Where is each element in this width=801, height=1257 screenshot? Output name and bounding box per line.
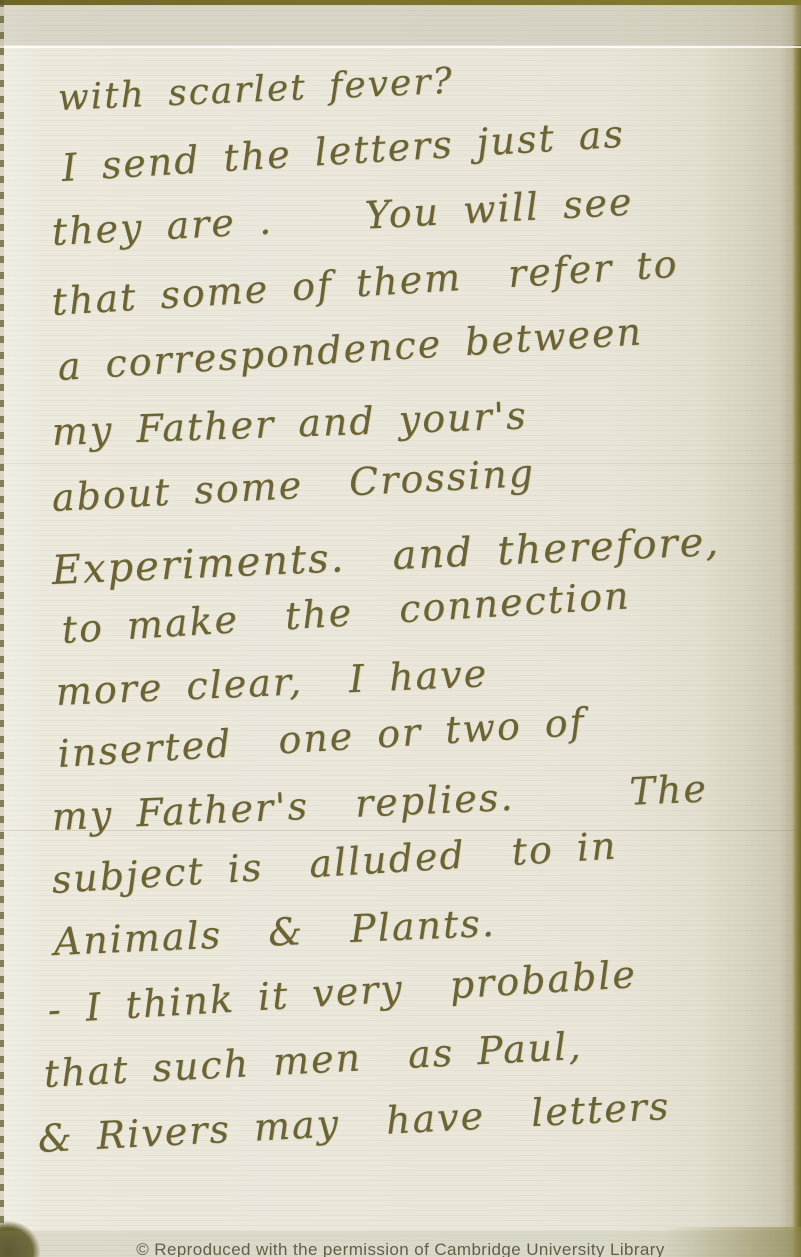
top-shading-band [0, 5, 801, 45]
handwriting-line: my Father and your's [51, 393, 528, 454]
handwriting-line: they are . You will see [51, 180, 635, 254]
handwriting-line: Animals & Plants. [53, 901, 497, 964]
handwriting-line: with scarlet fever? [57, 61, 455, 119]
handwriting-line: - I think it very probable [46, 952, 638, 1032]
copyright-caption: © Reproduced with the permission of Camb… [0, 1240, 801, 1257]
handwriting-line: inserted one or two of [56, 700, 586, 776]
handwriting-line: about some Crossing [51, 451, 536, 520]
page-left-binding-edge [0, 0, 4, 1257]
handwriting-line: that such men as Paul, [43, 1024, 584, 1096]
manuscript-page: with scarlet fever? I send the letters j… [0, 0, 801, 1257]
scan-white-line [0, 46, 801, 48]
handwriting-line: I send the letters just as [60, 112, 626, 190]
handwriting-line: more clear, I have [55, 651, 489, 714]
handwriting-line: & Rivers may have letters [37, 1084, 672, 1161]
handwriting-line: a correspondence between [56, 309, 644, 389]
handwriting-line: that some of them refer to [50, 242, 679, 324]
